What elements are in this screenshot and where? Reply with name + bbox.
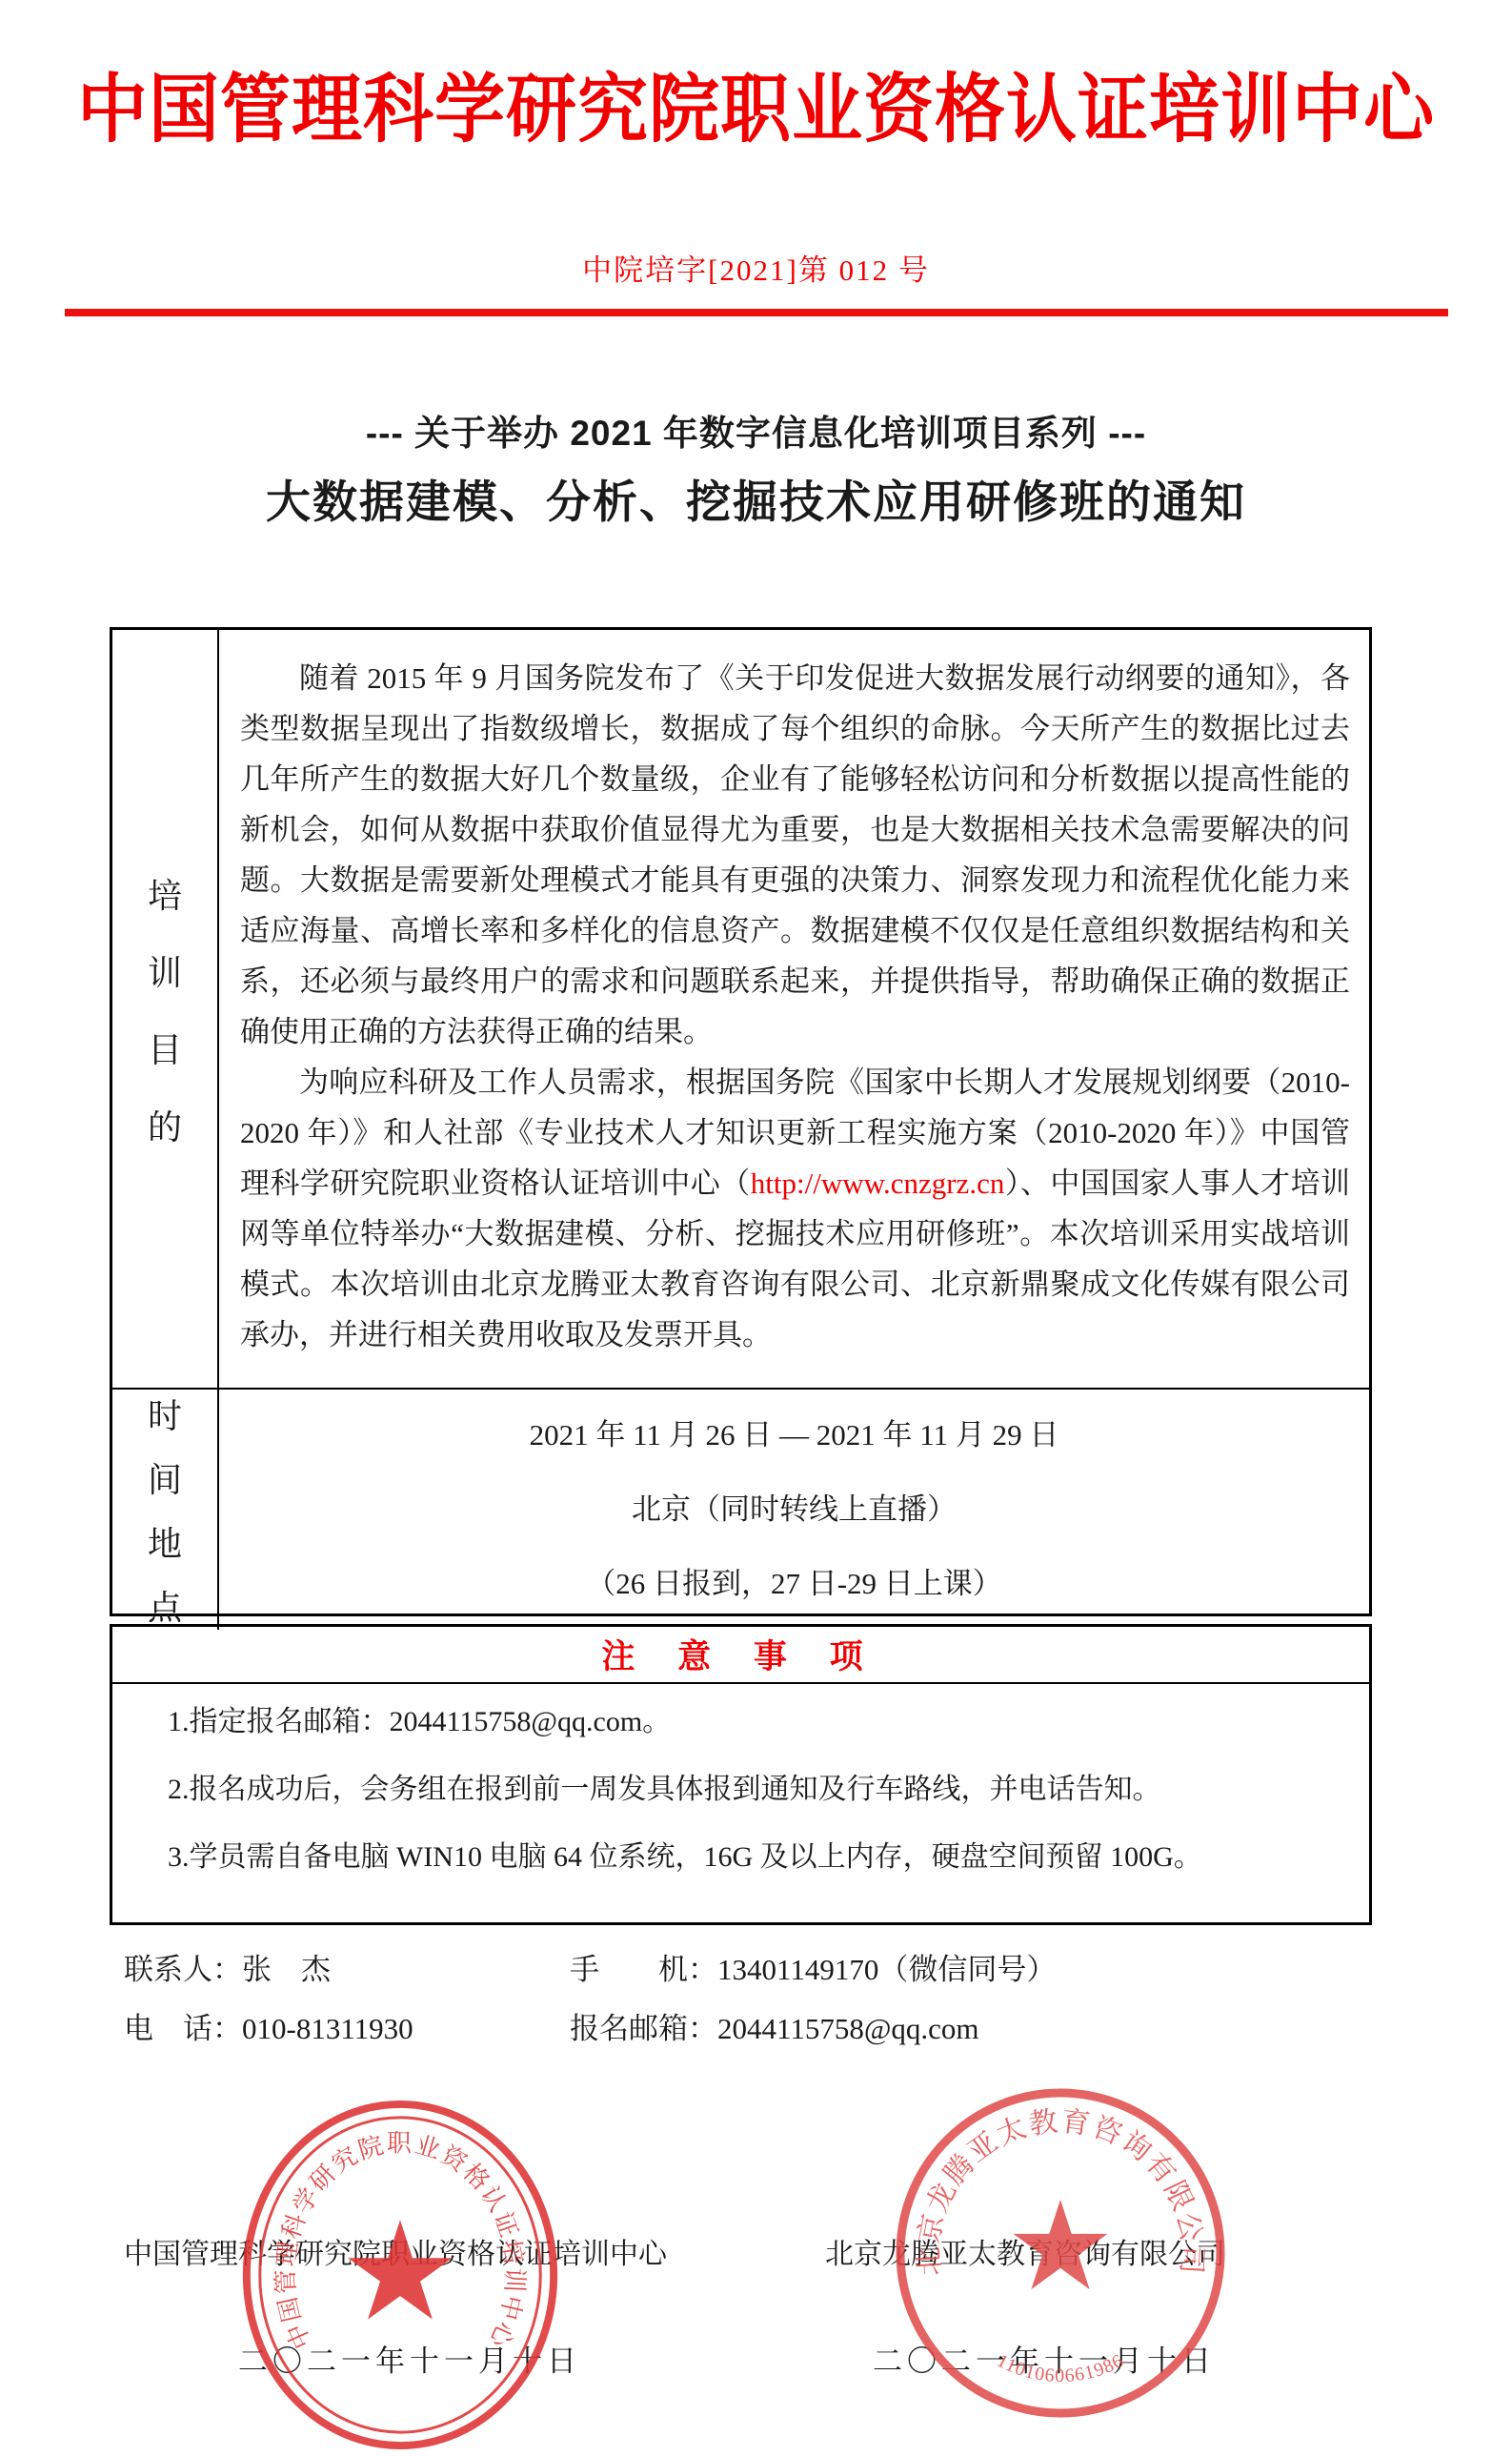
main-table: 培 训 目 的 随着 2015 年 9 月国务院发布了《关于印发促进大数据发展行… [110, 627, 1372, 1616]
note-item: 2.报名成功后，会务组在报到前一周发具体报到通知及行车路线，并电话告知。 [168, 1775, 1341, 1804]
website-url: http://www.cnzgrz.cn [751, 1167, 1005, 1200]
signature-right-date: 二〇二一年十一月十日 [844, 2337, 1244, 2380]
signature-left-org: 中国管理科学研究院职业资格认证培训中心 [124, 2230, 667, 2272]
purpose-paragraph-1: 随着 2015 年 9 月国务院发布了《关于印发促进大数据发展行动纲要的通知》，… [240, 653, 1350, 1057]
label-char: 培 [148, 869, 182, 918]
contact-phone-number: 010-81311930 [242, 2012, 413, 2045]
contact-phone: 电 话：010-81311930 [124, 2013, 413, 2045]
document-number: 中院培字[2021]第 012 号 [0, 246, 1512, 289]
label-char: 训 [148, 946, 182, 995]
note-item: 1.指定报名邮箱：2044115758@qq.com。 [168, 1707, 1341, 1736]
contact-phone-label: 电 话： [124, 2012, 242, 2045]
contact-mobile-number: 13401149170（微信同号） [717, 1953, 1056, 1986]
official-seal-left: 中国管理科学研究院职业资格认证培训中心 [232, 2095, 568, 2455]
row-label-time-place: 时 间 地 点 [112, 1388, 219, 1630]
label-char: 目 [148, 1024, 182, 1072]
contact-mobile-label: 手 机： [570, 1953, 717, 1986]
contact-email-address: 2044115758@qq.com [717, 2012, 979, 2045]
notes-table: 注 意 事 项 1.指定报名邮箱：2044115758@qq.com。 2.报名… [110, 1624, 1372, 1925]
label-char: 点 [148, 1581, 182, 1630]
contact-person-label: 联系人： [124, 1953, 242, 1986]
signature-right-org: 北京龙腾亚太教育咨询有限公司 [825, 2230, 1225, 2272]
signature-left-date: 二〇二一年十一月十日 [143, 2337, 676, 2380]
contact-person-name: 张 杰 [242, 1953, 331, 1986]
contact-email: 报名邮箱：2044115758@qq.com [570, 2013, 979, 2045]
notes-header: 注 意 事 项 [112, 1627, 1369, 1684]
contact-person: 联系人：张 杰 [124, 1954, 331, 1986]
time-place-content: 2021 年 11 月 26 日 — 2021 年 11 月 29 日 北京（同… [219, 1388, 1369, 1630]
training-purpose-content: 随着 2015 年 9 月国务院发布了《关于印发促进大数据发展行动纲要的通知》，… [219, 630, 1369, 1388]
red-divider-rule [65, 309, 1448, 316]
seal-outer-ring [247, 2104, 554, 2446]
row-label-training-purpose: 培 训 目 的 [112, 630, 219, 1388]
seal-inner-ring [260, 2118, 540, 2432]
contact-mobile: 手 机：13401149170（微信同号） [570, 1954, 1056, 1986]
contact-email-label: 报名邮箱： [570, 2012, 717, 2045]
label-char: 地 [148, 1517, 182, 1566]
schedule-location: 北京（同时转线上直播） [632, 1494, 957, 1525]
purpose-paragraph-2: 为响应科研及工作人员需求，根据国务院《国家中长期人才发展规划纲要（2010-20… [240, 1057, 1350, 1360]
page-title: 中国管理科学研究院职业资格认证培训中心 [0, 40, 1512, 181]
schedule-dates: 2021 年 11 月 26 日 — 2021 年 11 月 29 日 [530, 1420, 1059, 1451]
schedule-detail: （26 日报到，27 日-29 日上课） [586, 1569, 1002, 1599]
series-title: --- 关于举办 2021 年数字信息化培训项目系列 --- [0, 404, 1512, 456]
label-char: 的 [148, 1101, 182, 1149]
label-char: 间 [148, 1453, 182, 1502]
label-char: 时 [148, 1390, 182, 1438]
notes-list: 1.指定报名邮箱：2044115758@qq.com。 2.报名成功后，会务组在… [112, 1684, 1369, 1922]
note-item: 3.学员需自备电脑 WIN10 电脑 64 位系统，16G 及以上内存，硬盘空间… [168, 1842, 1341, 1872]
notice-title: 大数据建模、分析、挖掘技术应用研修班的通知 [0, 467, 1512, 531]
